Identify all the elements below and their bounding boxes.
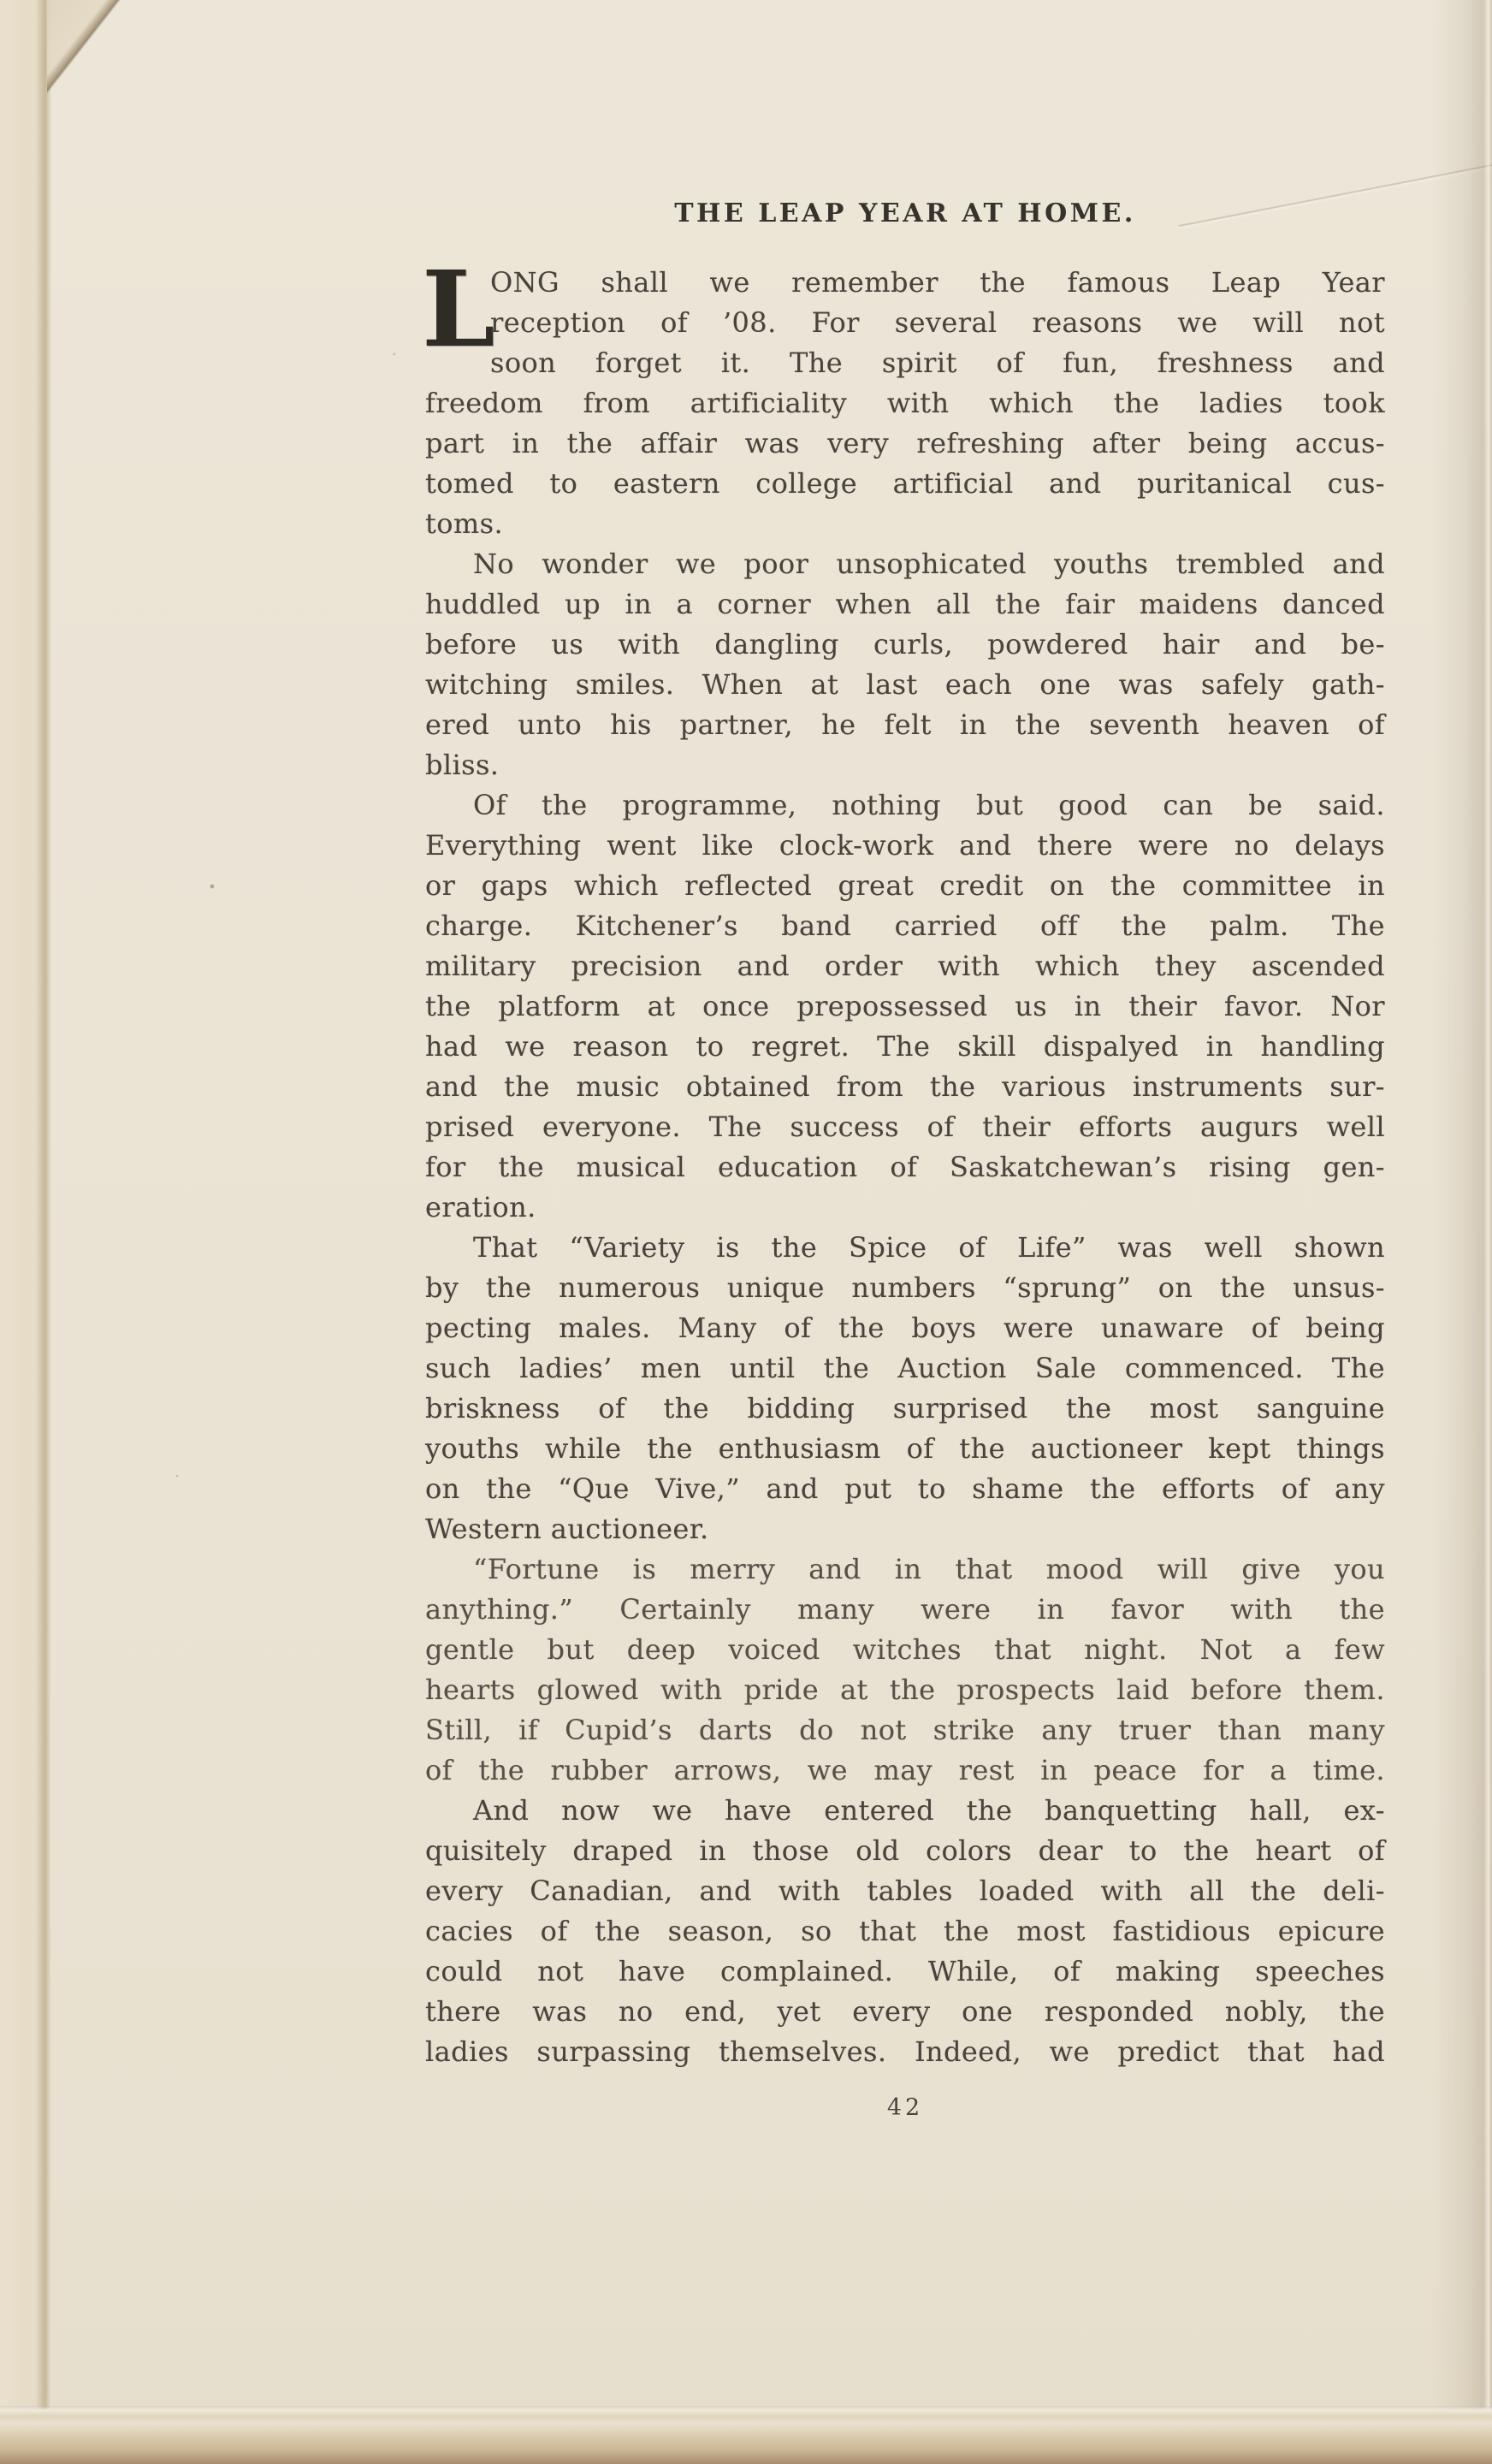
text-line: military precision and order with which … [425, 946, 1385, 986]
text-line: part in the affair was very refreshing a… [425, 423, 1385, 464]
text-line: anything.” Certainly many were in favor … [425, 1590, 1385, 1630]
text-line: huddled up in a corner when all the fair… [425, 584, 1385, 625]
text-line: quisitely draped in those old colors dea… [425, 1831, 1385, 1871]
text-line: such ladies’ men until the Auction Sale … [425, 1348, 1385, 1389]
text-line: prised everyone. The success of their ef… [425, 1107, 1385, 1147]
text-line: the platform at once prepossessed us in … [425, 986, 1385, 1027]
text-line: ladies surpassing themselves. Indeed, we… [425, 2032, 1385, 2072]
text-line: Everything went like clock-work and ther… [425, 826, 1385, 866]
page-content: THE LEAP YEAR AT HOME. LONG shall we rem… [425, 198, 1385, 2121]
text-line: cacies of the season, so that the most f… [425, 1911, 1385, 1952]
text-line: No wonder we poor unsophicated youths tr… [425, 544, 1385, 584]
paragraph: Of the programme, nothing but good can b… [425, 785, 1385, 1228]
text-line: Of the programme, nothing but good can b… [425, 785, 1385, 826]
paragraph: No wonder we poor unsophicated youths tr… [425, 544, 1385, 785]
text-line: for the musical education of Saskatchewa… [425, 1147, 1385, 1188]
text-line: “Fortune is merry and in that mood will … [425, 1549, 1385, 1590]
text-line: ONG shall we remember the famous Leap Ye… [425, 263, 1385, 303]
text-line: ered unto his partner, he felt in the se… [425, 705, 1385, 745]
text-line: there was no end, yet every one responde… [425, 1992, 1385, 2032]
text-line: Western auctioneer. [425, 1509, 1385, 1549]
page-title: THE LEAP YEAR AT HOME. [425, 198, 1385, 228]
text-line: by the numerous unique numbers “sprung” … [425, 1268, 1385, 1308]
text-line: and the music obtained from the various … [425, 1067, 1385, 1107]
page-fore-edge-shadow [1432, 0, 1492, 2464]
book-page-scan: THE LEAP YEAR AT HOME. LONG shall we rem… [0, 0, 1492, 2464]
text-line: bliss. [425, 745, 1385, 785]
page-bottom-edges [0, 2406, 1492, 2464]
text-line: of the rubber arrows, we may rest in pea… [425, 1750, 1385, 1791]
text-line: hearts glowed with pride at the prospect… [425, 1670, 1385, 1710]
paper-speckles [0, 0, 2, 2]
text-line: reception of ’08. For several reasons we… [425, 303, 1385, 343]
page-left-edge [0, 0, 51, 2464]
text-line: witching smiles. When at last each one w… [425, 665, 1385, 705]
text-line: toms. [425, 504, 1385, 544]
text-line: before us with dangling curls, powdered … [425, 625, 1385, 665]
paragraph: LONG shall we remember the famous Leap Y… [425, 263, 1385, 544]
text-line: on the “Que Vive,” and put to shame the … [425, 1469, 1385, 1509]
text-line: briskness of the bidding surprised the m… [425, 1389, 1385, 1429]
text-line: or gaps which reflected great credit on … [425, 866, 1385, 906]
text-line: freedom from artificiality with which th… [425, 383, 1385, 423]
text-line: charge. Kitchener’s band carried off the… [425, 906, 1385, 946]
text-line: pecting males. Many of the boys were una… [425, 1308, 1385, 1348]
text-line: soon forget it. The spirit of fun, fresh… [425, 343, 1385, 383]
drop-cap-letter: L [422, 266, 483, 374]
paragraph: “Fortune is merry and in that mood will … [425, 1549, 1385, 1791]
text-line: had we reason to regret. The skill dispa… [425, 1027, 1385, 1067]
text-line: every Canadian, and with tables loaded w… [425, 1871, 1385, 1911]
text-line: gentle but deep voiced witches that nigh… [425, 1630, 1385, 1670]
text-line: And now we have entered the banquetting … [425, 1791, 1385, 1831]
text-line: Still, if Cupid’s darts do not strike an… [425, 1710, 1385, 1750]
page-corner-fold [47, 0, 124, 98]
text-line: eration. [425, 1188, 1385, 1228]
text-block: LONG shall we remember the famous Leap Y… [425, 263, 1385, 2072]
text-line: tomed to eastern college artificial and … [425, 464, 1385, 504]
text-line: That “Variety is the Spice of Life” was … [425, 1228, 1385, 1268]
paragraph: And now we have entered the banquetting … [425, 1791, 1385, 2072]
text-line: could not have complained. While, of mak… [425, 1952, 1385, 1992]
page-number: 42 [425, 2094, 1385, 2121]
paragraph: That “Variety is the Spice of Life” was … [425, 1228, 1385, 1549]
text-line: youths while the enthusiasm of the aucti… [425, 1429, 1385, 1469]
